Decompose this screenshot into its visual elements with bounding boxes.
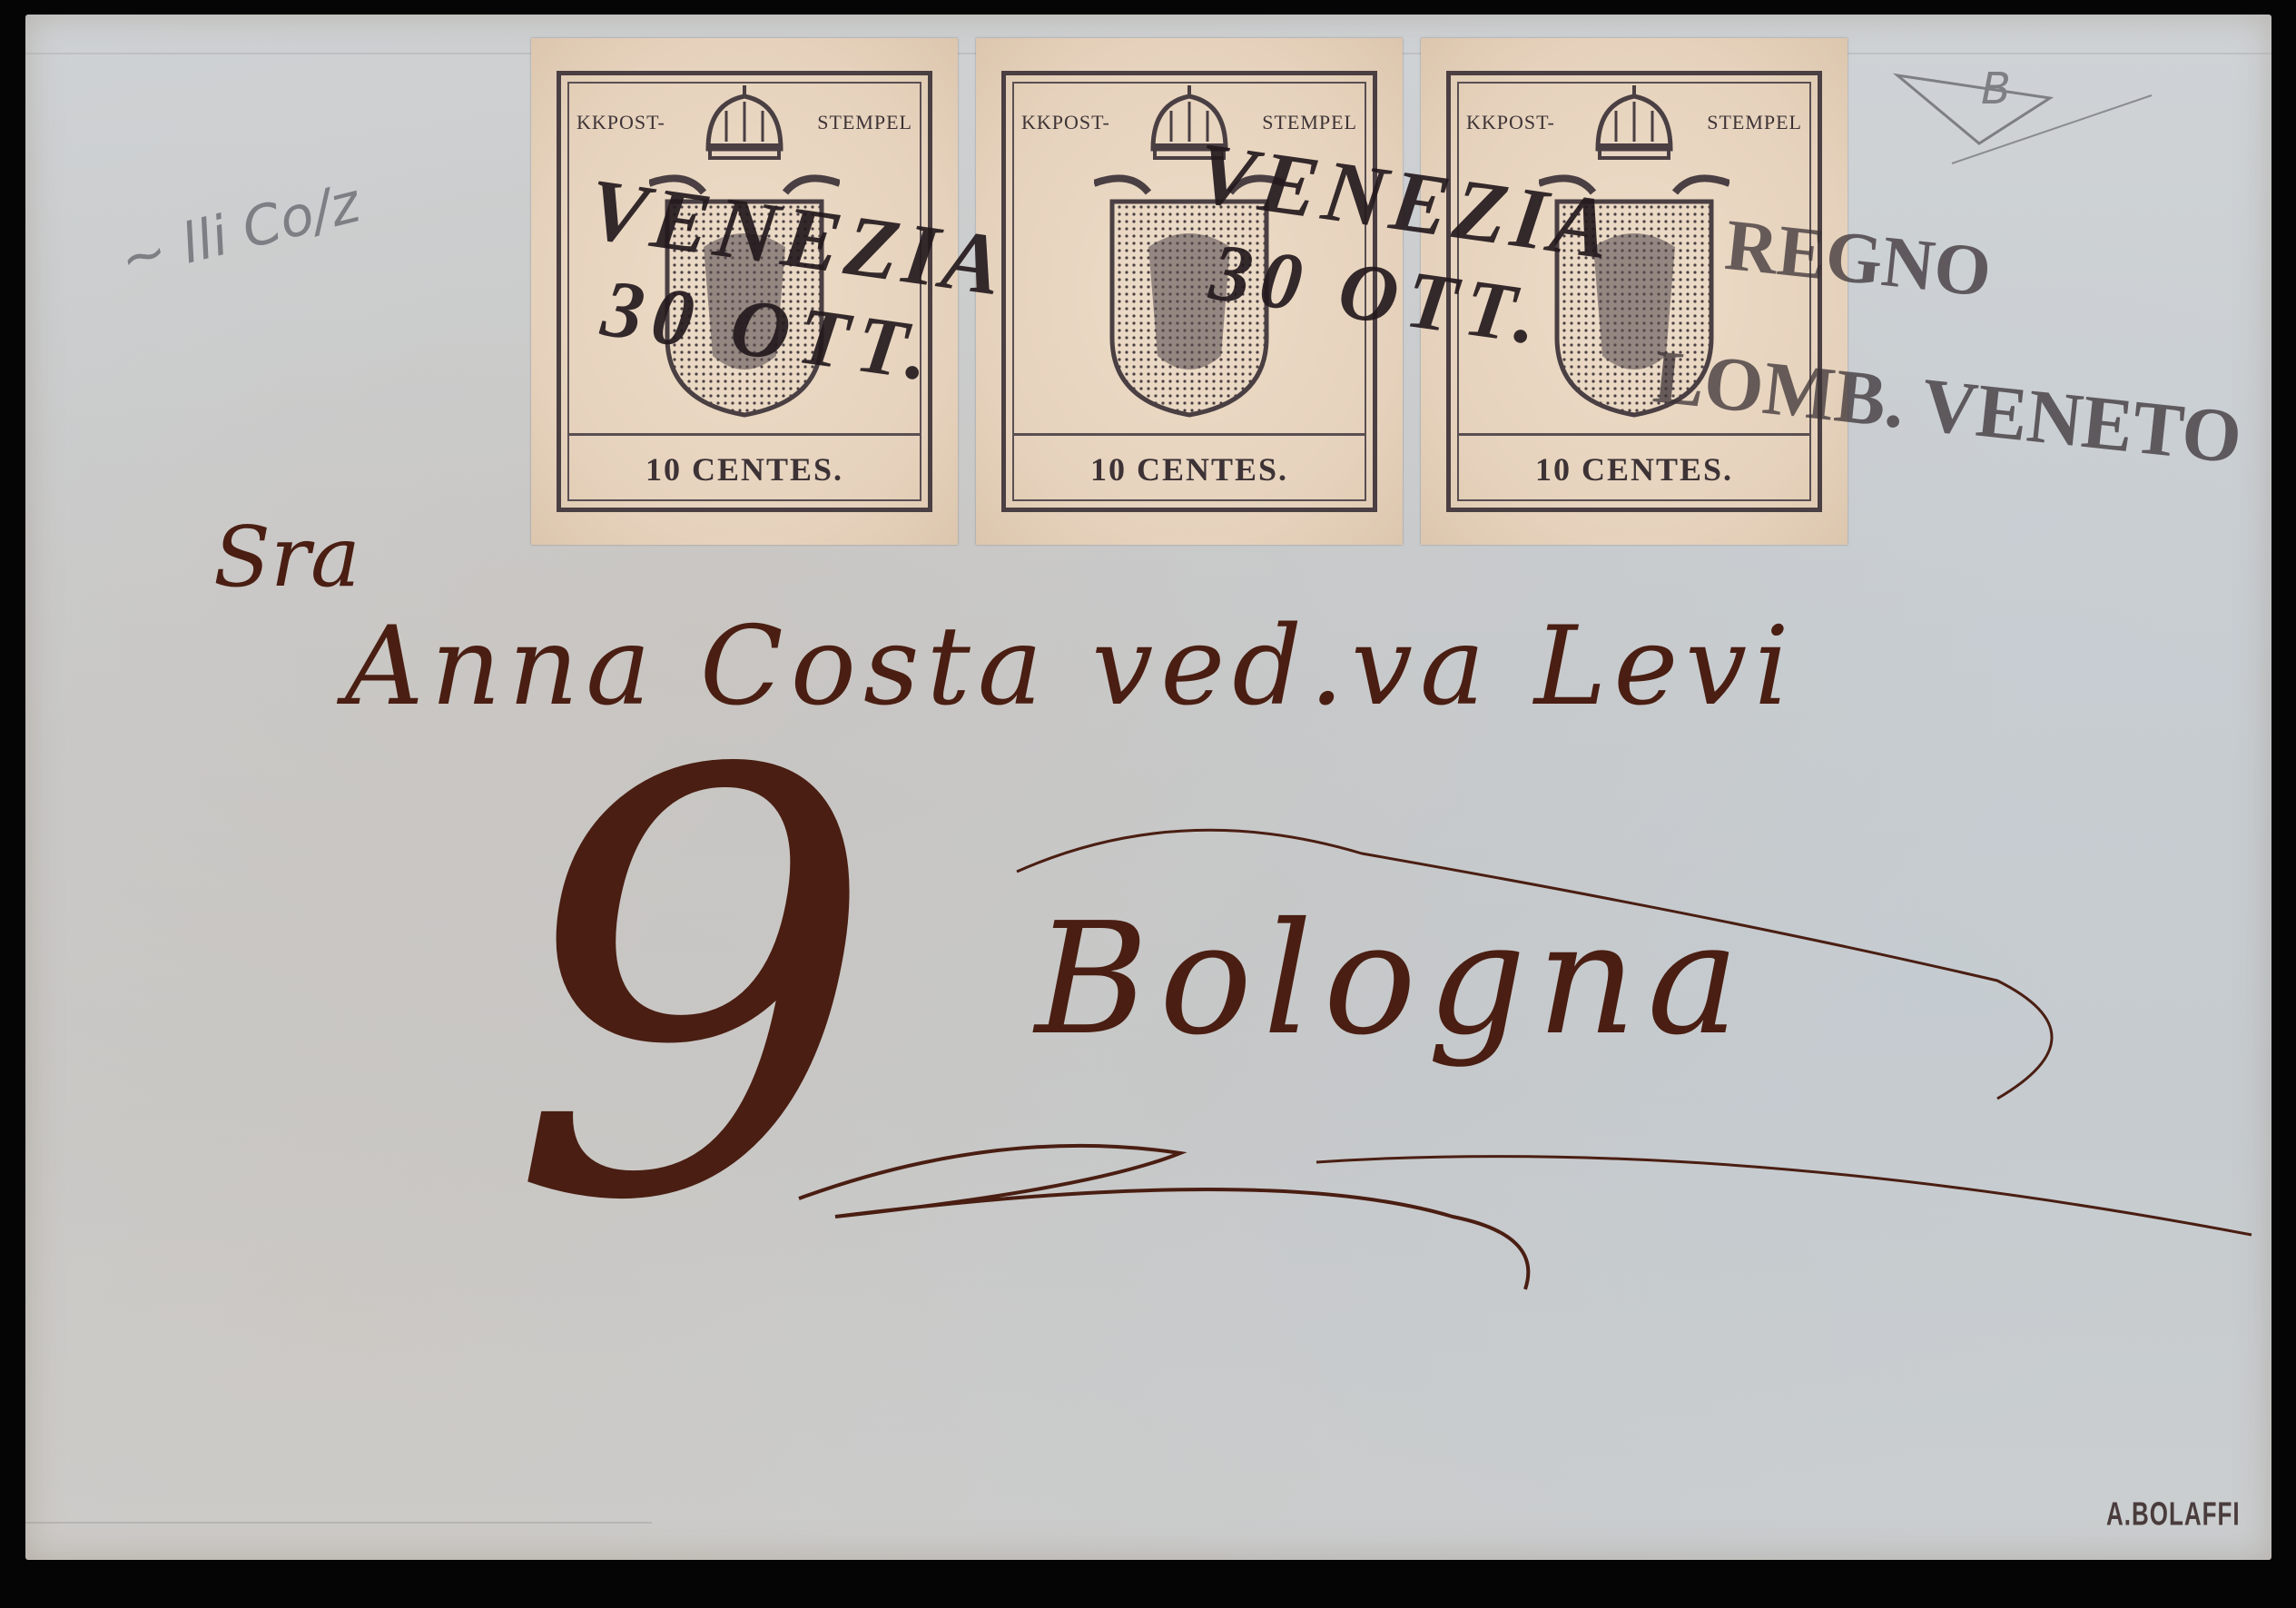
stamp-top-left-text: KKPOST-: [1021, 111, 1110, 134]
crown-icon: [1589, 85, 1680, 165]
stamp-divider: [567, 433, 921, 436]
address-salutation: Sra: [213, 508, 360, 606]
pencil-note-right: B: [1981, 64, 2011, 114]
stamp-top-right-text: STEMPEL: [1707, 111, 1802, 134]
stamp-divider: [1457, 433, 1811, 436]
address-city: Bologna: [1035, 890, 1750, 1070]
stamp-divider: [1012, 433, 1366, 436]
expert-signature-mark: A.BOLAFFI: [2106, 1495, 2241, 1534]
crown-icon: [699, 85, 790, 165]
stamp-denomination: 10 CENTES.: [976, 450, 1403, 488]
stamp-top-left-text: KKPOST-: [576, 111, 665, 134]
stamp-denomination: 10 CENTES.: [1421, 450, 1848, 488]
stamp-top-left-text: KKPOST-: [1466, 111, 1555, 134]
stamp-top-right-text: STEMPEL: [817, 111, 912, 134]
fold-line-bottom: [25, 1522, 652, 1524]
stamp-denomination: 10 CENTES.: [531, 450, 958, 488]
rate-mark: 9: [508, 699, 878, 1280]
